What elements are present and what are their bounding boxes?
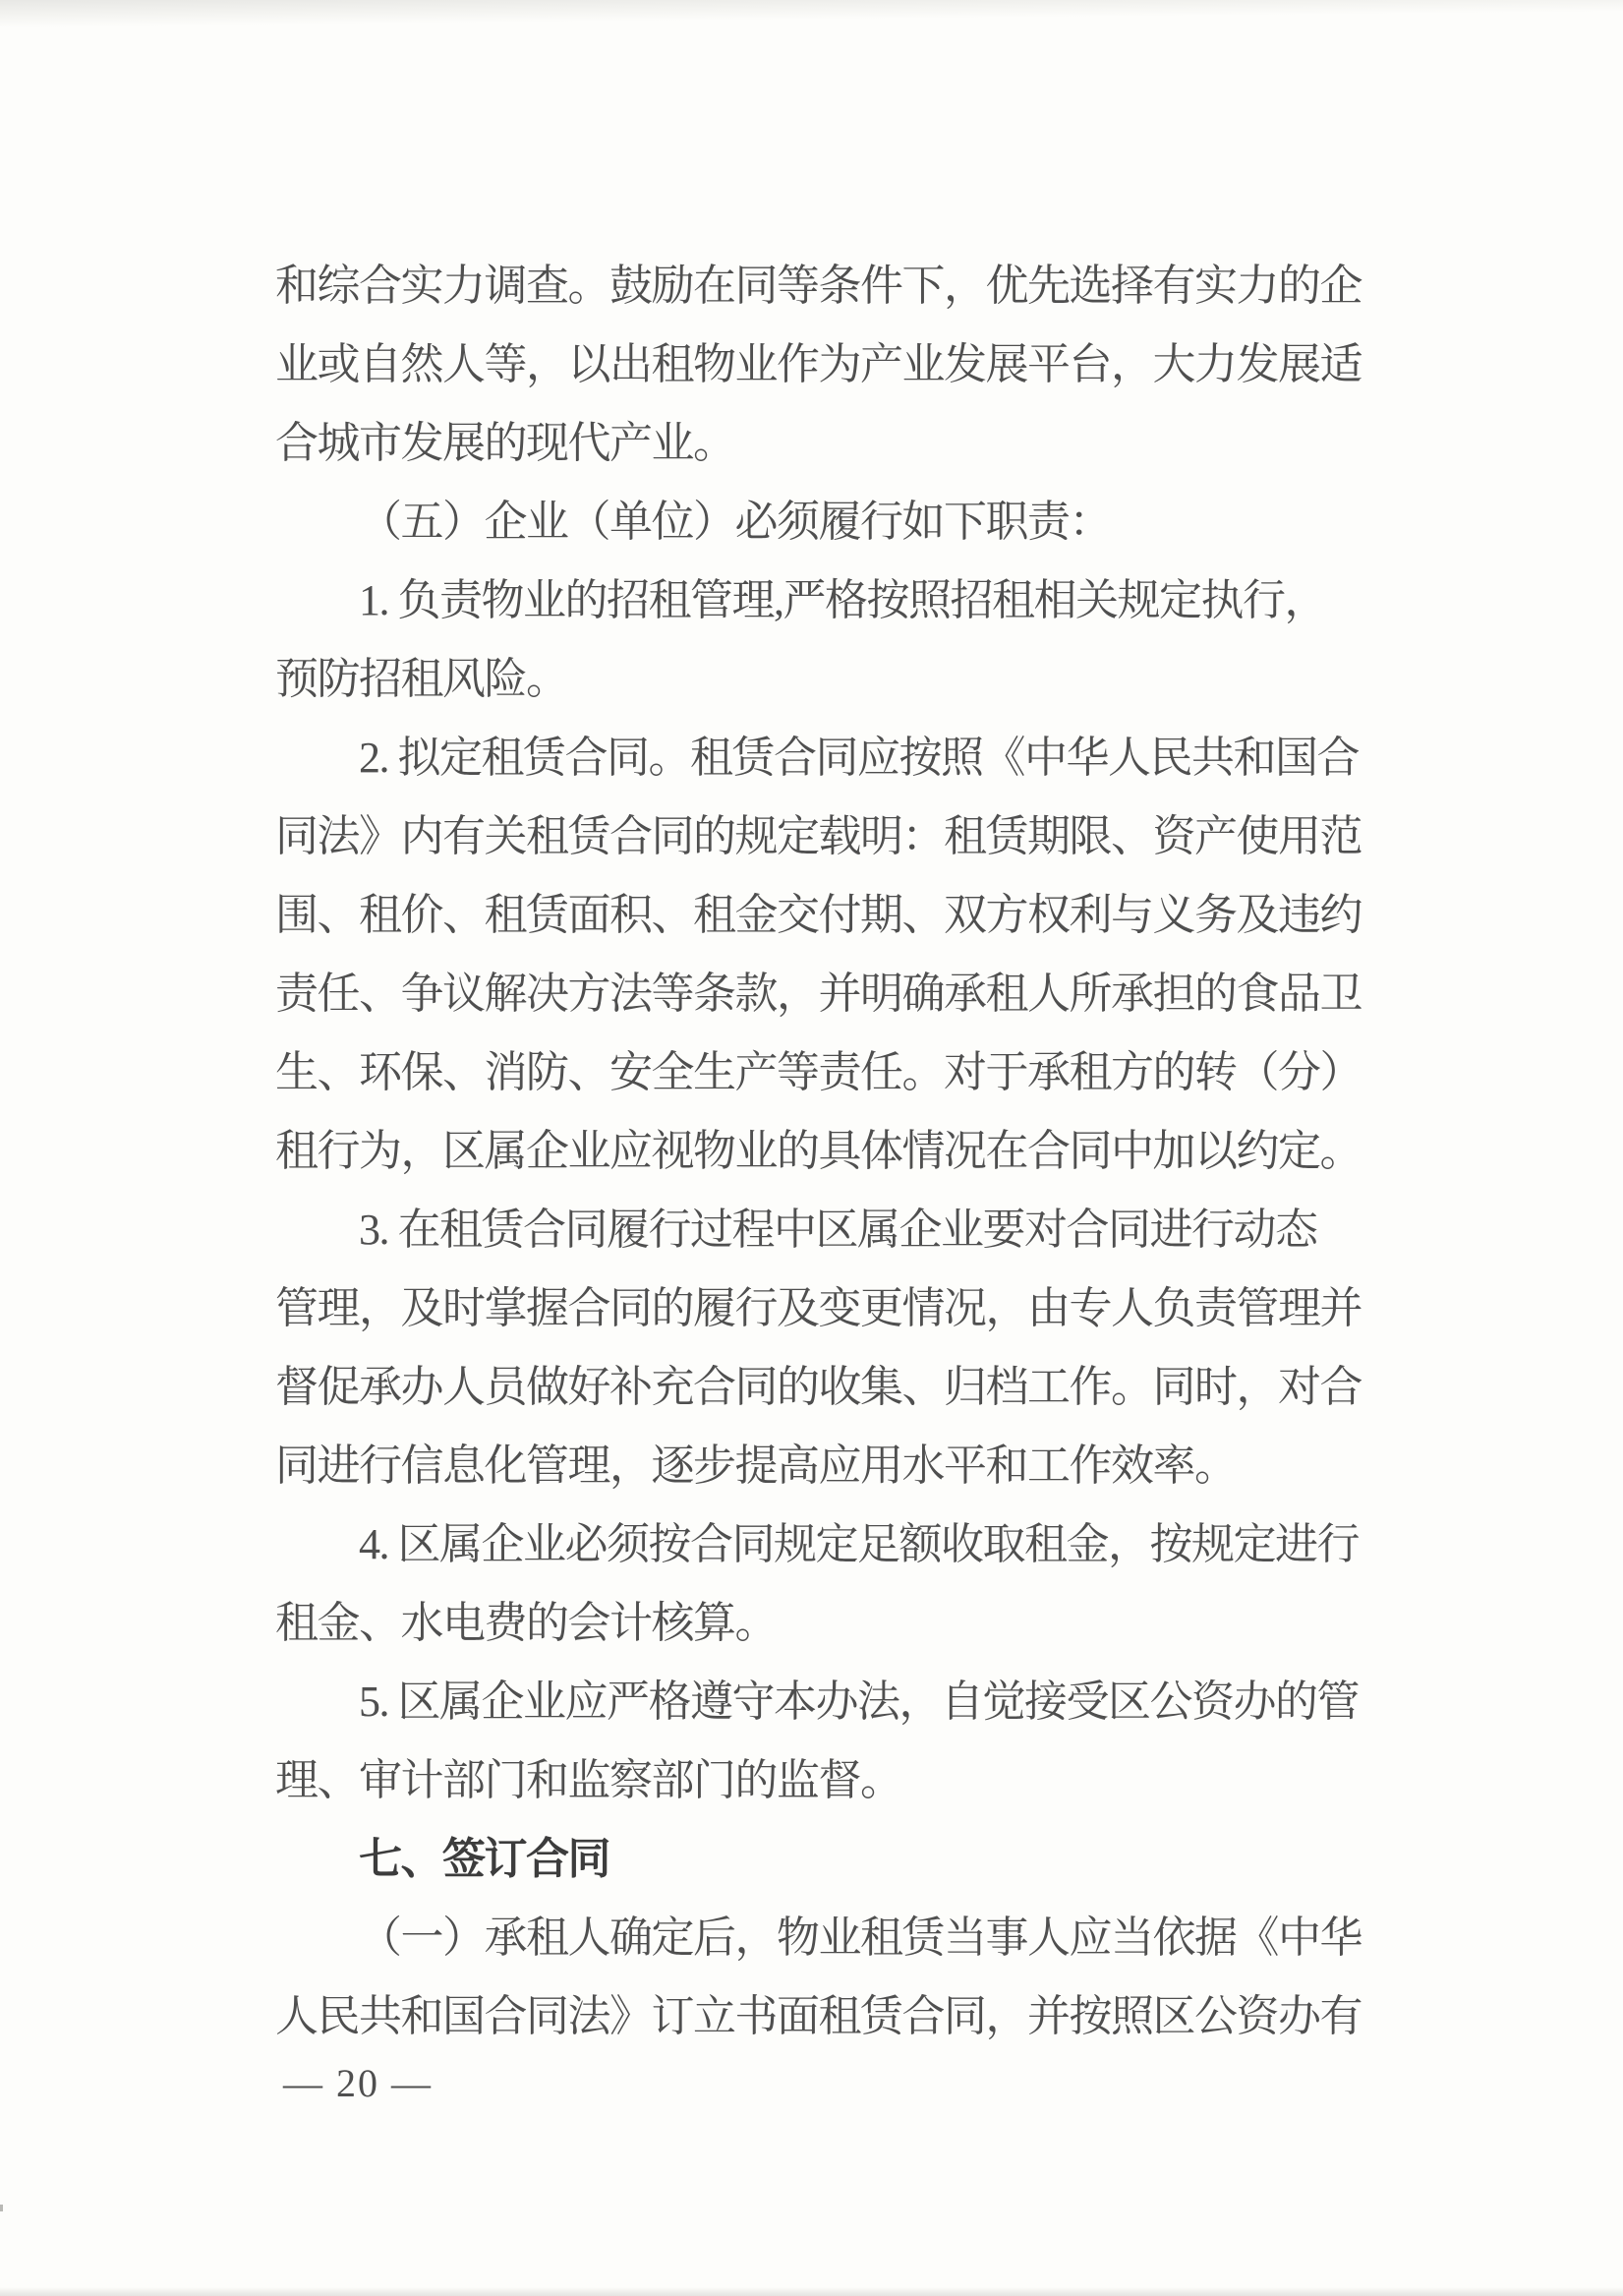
document-line: 人民共和国合同法》订立书面租赁合同，并按照区公资办有 [275,1992,1362,2041]
document-line: 合城市发展的现代产业。 [275,419,735,468]
document-line: 同法》内有关租赁合同的规定载明：租赁期限、资产使用范 [275,812,1362,861]
scan-edge-top [0,0,1623,28]
document-line: 责任、争议解决方法等条款，并明确承租人所承担的食品卫 [275,970,1362,1019]
document-line: 租金、水电费的会计核算。 [275,1599,777,1648]
scan-edge-bottom [0,2287,1623,2296]
document-line: 生、环保、消防、安全生产等责任。对于承租方的转（分） [275,1048,1362,1097]
document-line: 5. 区属企业应严格遵守本办法，自觉接受区公资办的管 [359,1678,1359,1727]
document-line: 督促承办人员做好补充合同的收集、归档工作。同时，对合 [275,1363,1362,1412]
document-line: 业或自然人等，以出租物业作为产业发展平台，大力发展适 [275,340,1362,389]
document-line: 和综合实力调查。鼓励在同等条件下，优先选择有实力的企 [275,262,1362,311]
document-line: 4. 区属企业必须按合同规定足额收取租金，按规定进行 [359,1520,1359,1569]
scan-artifact-left [0,2205,3,2211]
document-line: 理、审计部门和监察部门的监督。 [275,1756,902,1805]
document-line: （一）承租人确定后，物业租赁当事人应当依据《中华 [359,1913,1362,1963]
document-line: 租行为，区属企业应视物业的具体情况在合同中加以约定。 [275,1127,1362,1176]
document-line: 1. 负责物业的招租管理,严格按照招租相关规定执行， [359,576,1326,625]
document-page: 和综合实力调查。鼓励在同等条件下，优先选择有实力的企业或自然人等，以出租物业作为… [0,0,1623,2296]
document-line: 管理，及时掌握合同的履行及变更情况，由专人负责管理并 [275,1284,1362,1333]
page-number: — 20 — [283,2061,433,2106]
document-line: 预防招租风险。 [275,655,568,704]
document-line: 同进行信息化管理，逐步提高应用水平和工作效率。 [275,1442,1237,1491]
document-line: 2. 拟定租赁合同。租赁合同应按照《中华人民共和国合 [359,734,1359,783]
document-line: 围、租价、租赁面积、租金交付期、双方权利与义务及违约 [275,891,1362,940]
section-heading: 七、签订合同 [359,1835,609,1884]
document-line: 3. 在租赁合同履行过程中区属企业要对合同进行动态 [359,1206,1317,1255]
document-line: （五）企业（单位）必须履行如下职责： [359,498,1111,547]
